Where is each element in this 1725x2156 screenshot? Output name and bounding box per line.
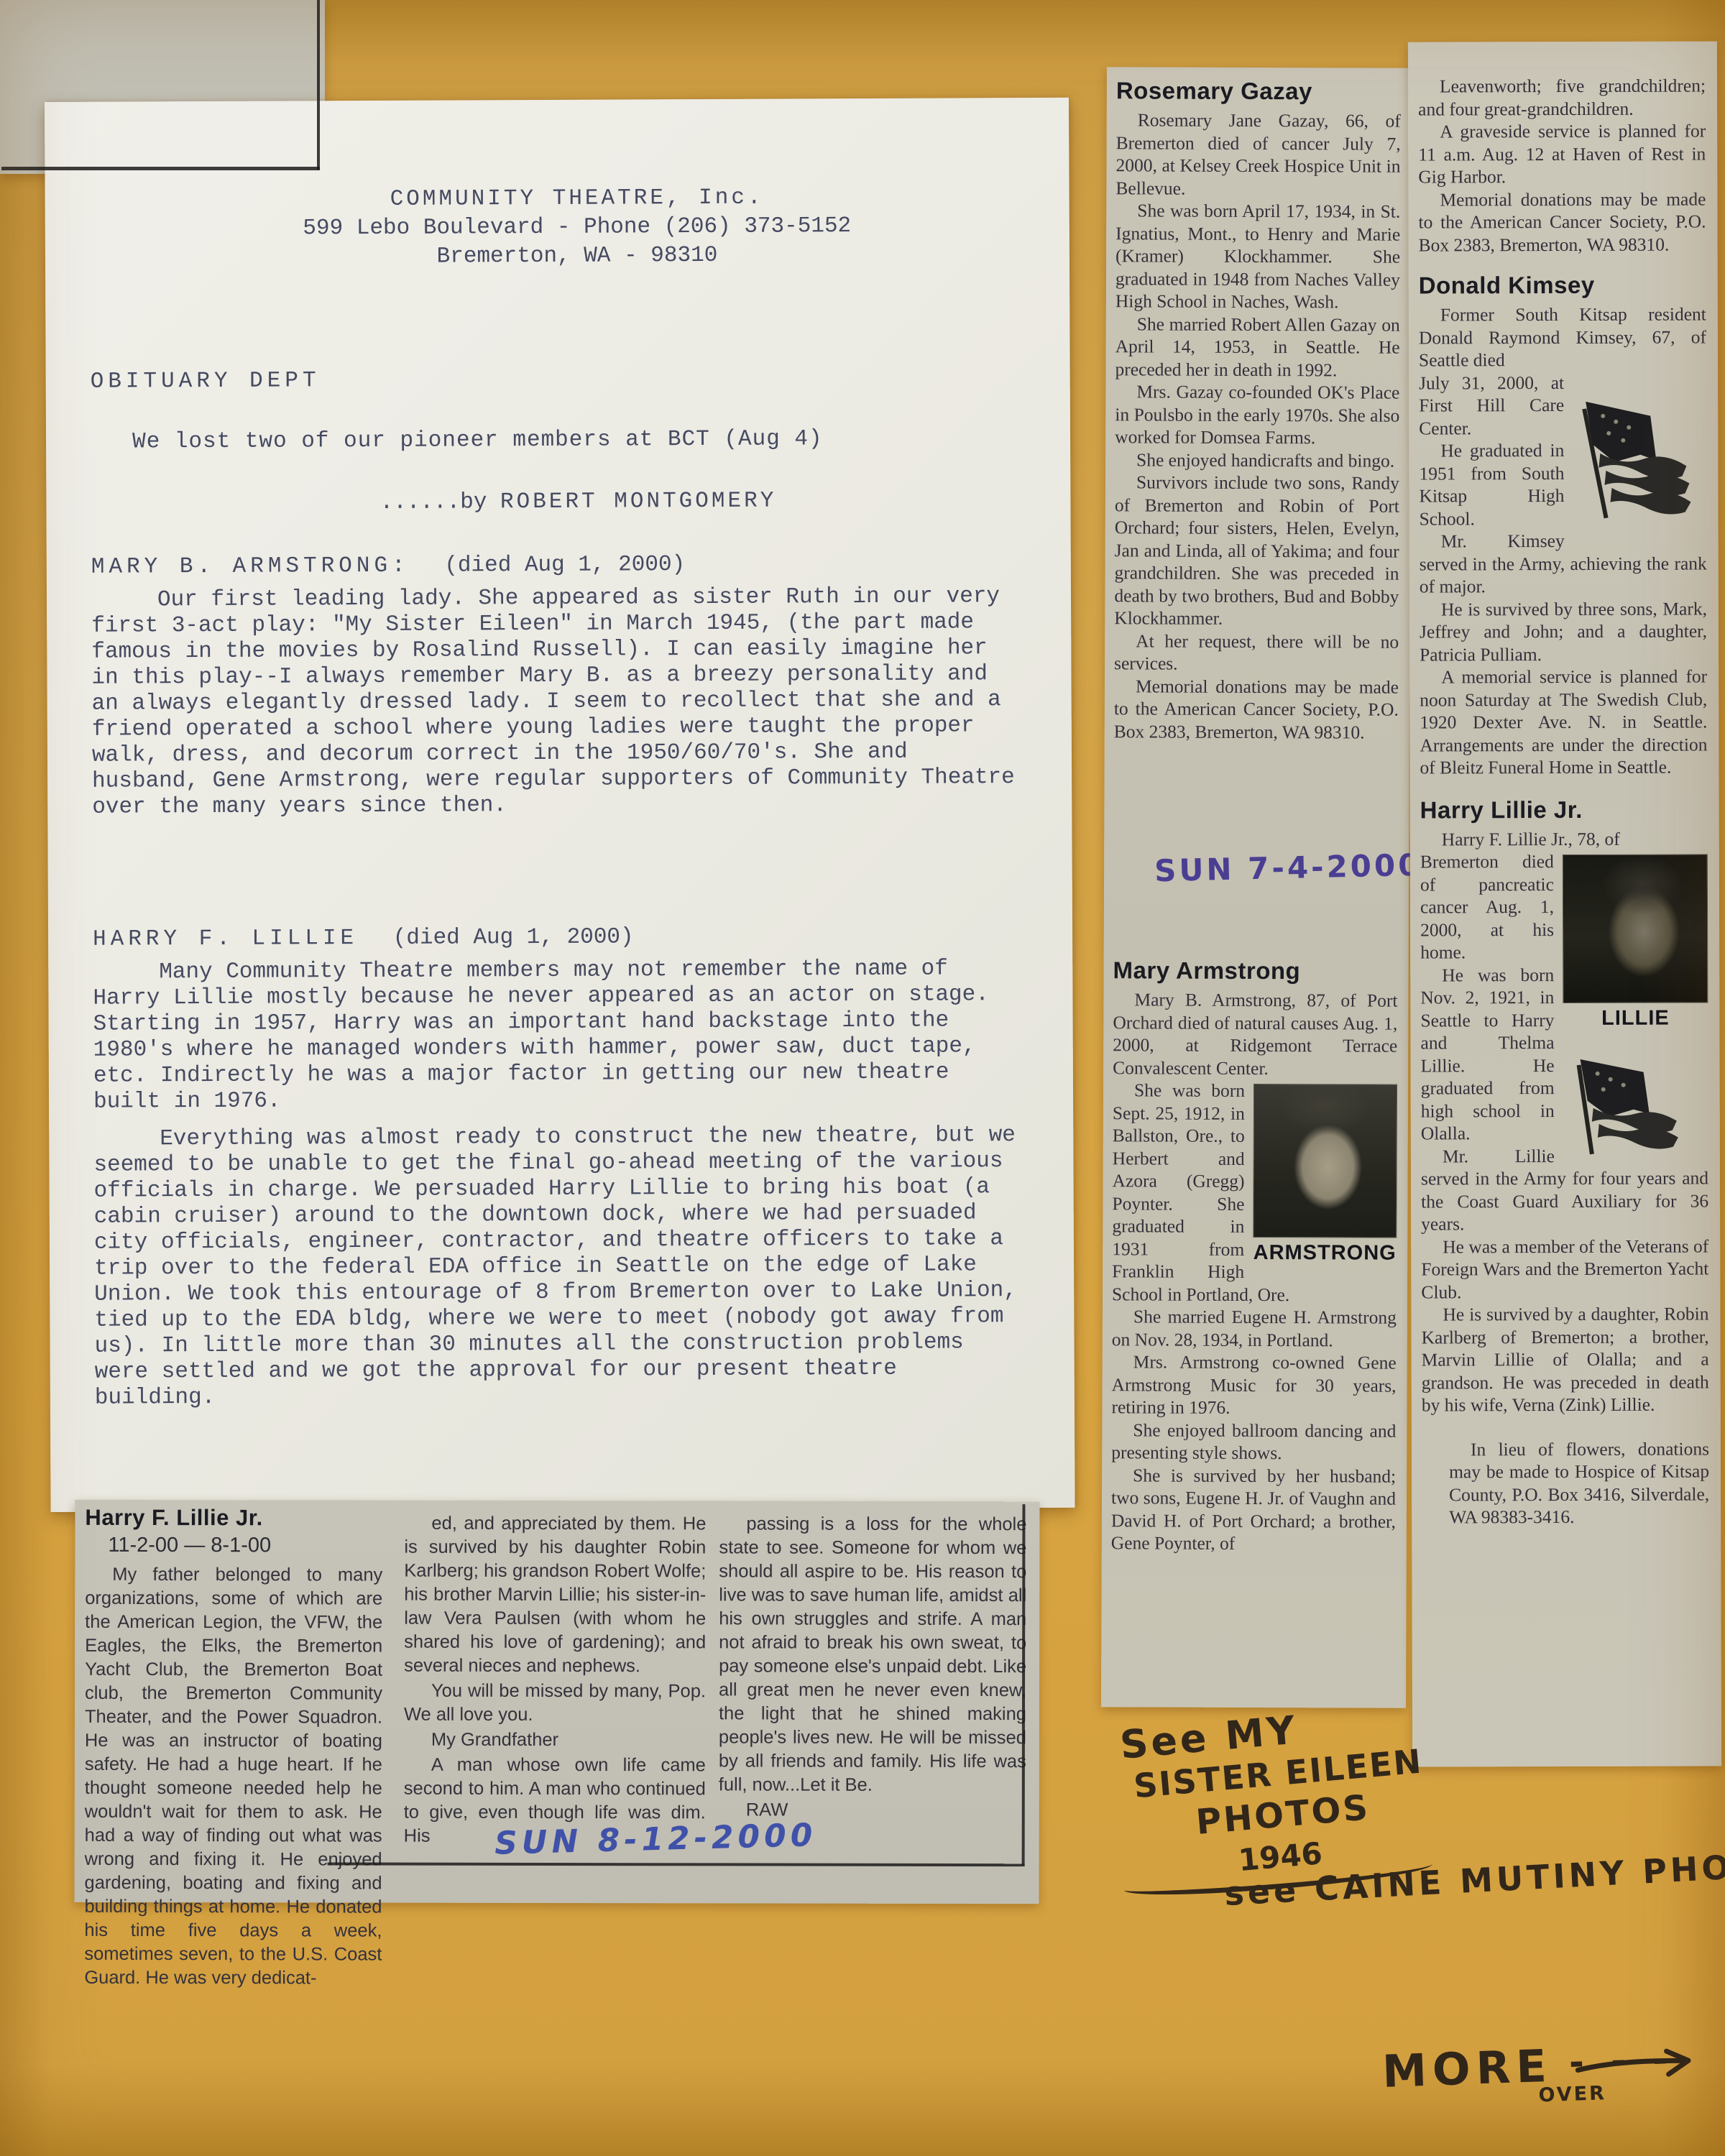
lillie-portrait-photo: [1563, 854, 1708, 1003]
armstrong-portrait-photo: [1253, 1084, 1397, 1238]
obit-paragraph: Mrs. Gazay co-founded OK's Place in Poul…: [1115, 380, 1399, 449]
lillie-photo-caption: LILLIE: [1563, 1007, 1708, 1030]
handwritten-note-more-over: MORE - - - OVER: [1381, 2035, 1675, 2098]
obit-paragraph: She married Robert Allen Gazay on April …: [1115, 313, 1399, 382]
section-date: (died Aug 1, 2000): [444, 552, 685, 578]
armstrong-headline: Mary Armstrong: [1113, 957, 1398, 985]
obit-paragraph: Memorial donations may be made to the Am…: [1418, 188, 1706, 257]
lillie-in-lieu-paragraph: In lieu of flowers, donations may be mad…: [1449, 1437, 1709, 1529]
obit-paragraph: Memorial donations may be made to the Am…: [1114, 675, 1399, 744]
section-paragraphs: Our first leading lady. She appeared as …: [91, 584, 1023, 821]
scrapbook-page: COMMUNITY THEATRE, Inc. 599 Lebo Bouleva…: [0, 0, 1725, 2156]
obit-paragraph: Rosemary Jane Gazay, 66, of Bremerton di…: [1115, 109, 1400, 200]
kimsey-paragraphs: Mr. Kimsey served in the Army, achieving…: [1420, 529, 1708, 779]
byline-name: ROBERT MONTGOMERY: [500, 489, 776, 515]
kimsey-flag-block: [1571, 374, 1707, 527]
more-over-label: OVER: [1538, 2082, 1606, 2106]
obit-paragraph: A memorial service is planned for noon S…: [1420, 665, 1707, 779]
tribute-paragraph: You will be missed by many, Pop. We all …: [404, 1680, 706, 1728]
obit-paragraph: He is survived by three sons, Mark, Jeff…: [1420, 597, 1707, 666]
obit-paragraph: She enjoyed handicrafts and bingo.: [1115, 448, 1399, 472]
obit-paragraph: Leavenworth; five grandchildren; and fou…: [1418, 74, 1706, 120]
letter-intro-line: We lost two of our pioneer members at BC…: [132, 426, 823, 455]
obit-paragraph: Survivors include two sons, Randy of Bre…: [1114, 471, 1399, 630]
obit-paragraph: He was a member of the Veterans of Forei…: [1421, 1235, 1708, 1304]
obit-paragraph: Mary B. Armstrong, 87, of Port Orchard d…: [1113, 988, 1397, 1079]
tribute-paragraph: My father belonged to many organizations…: [84, 1563, 382, 1991]
clip-rule-col1-bottom: [1, 167, 320, 170]
newspaper-clip-gazay-armstrong: Rosemary Gazay Rosemary Jane Gazay, 66, …: [1101, 67, 1412, 1708]
typed-letter: COMMUNITY THEATRE, Inc. 599 Lebo Bouleva…: [45, 98, 1075, 1512]
arrow-right-icon: [1574, 2044, 1705, 2084]
obit-paragraph: She married Eugene H. Armstrong on Nov. …: [1112, 1305, 1397, 1351]
obituary-gazay: Rosemary Gazay Rosemary Jane Gazay, 66, …: [1114, 77, 1401, 743]
letter-section-armstrong: MARY B. ARMSTRONG: (died Aug 1, 2000) Ou…: [91, 550, 1023, 821]
obit-paragraph: He is survived by a daughter, Robin Karl…: [1421, 1302, 1708, 1416]
armstrong-photo-caption: ARMSTRONG: [1253, 1242, 1397, 1265]
obit-paragraph: Harry F. Lillie Jr., 78, of: [1420, 827, 1708, 851]
tribute-column-1: My father belonged to many organizations…: [84, 1563, 382, 1991]
newspaper-clip-kimsey-lillie: Leavenworth; five grandchildren; and fou…: [1408, 41, 1721, 1766]
tribute-dates-line: 11-2-00 — 8-1-00: [108, 1534, 271, 1557]
letter-city: Bremerton, WA - 98310: [261, 241, 893, 272]
letter-address: 599 Lebo Boulevard - Phone (206) 373-515…: [261, 212, 893, 244]
more-label: MORE: [1381, 2040, 1553, 2098]
clip-rule-right: [1022, 1504, 1026, 1865]
armstrong-photo-block: ARMSTRONG: [1253, 1084, 1397, 1265]
byline-prefix: ......by: [380, 489, 487, 515]
tribute-column-2: ed, and appreciated by them. He is survi…: [404, 1512, 707, 1849]
letter-paragraph: Everything was almost ready to construct…: [93, 1123, 1026, 1411]
obit-paragraph: She is survived by her husband; two sons…: [1111, 1464, 1396, 1555]
obit-paragraph: Mrs. Armstrong co-owned Gene Armstrong M…: [1111, 1350, 1396, 1419]
obit-paragraph: She was born April 17, 1934, in St. Igna…: [1115, 199, 1401, 313]
letter-paragraph: Many Community Theatre members may not r…: [93, 956, 1024, 1115]
clip-rule-col1-right: [317, 0, 320, 170]
section-name: MARY B. ARMSTRONG:: [91, 553, 410, 580]
kimsey-headline: Donald Kimsey: [1419, 271, 1706, 299]
obit-paragraph: Former South Kitsap resident Donald Raym…: [1419, 303, 1706, 372]
section-heading: MARY B. ARMSTRONG: (died Aug 1, 2000): [91, 550, 1022, 581]
us-flag-icon: [1571, 374, 1707, 521]
letter-header: COMMUNITY THEATRE, Inc. 599 Lebo Bouleva…: [261, 183, 894, 272]
tribute-paragraph: My Grandfather: [404, 1728, 706, 1753]
tribute-paragraph: passing is a loss for the whole state to…: [719, 1512, 1027, 1797]
obit-paragraph: Mr. Kimsey served in the Army, achieving…: [1420, 529, 1707, 598]
gazay-headline: Rosemary Gazay: [1116, 77, 1401, 105]
clip-rule-bottom: [328, 1862, 1025, 1866]
tribute-column-3: passing is a loss for the whole state to…: [719, 1512, 1027, 1823]
section-paragraphs: Many Community Theatre members may not r…: [93, 956, 1026, 1411]
tribute-paragraph: ed, and appreciated by them. He is survi…: [404, 1512, 706, 1679]
kimsey-lead-paragraphs: Leavenworth; five grandchildren; and fou…: [1418, 74, 1706, 256]
obit-paragraph: A graveside service is planned for 11 a.…: [1418, 119, 1706, 188]
letter-section-lillie: HARRY F. LILLIE (died Aug 1, 2000) Many …: [93, 923, 1026, 1411]
us-flag-icon: [1563, 1049, 1707, 1157]
obit-paragraph: She enjoyed ballroom dancing and present…: [1111, 1419, 1396, 1465]
lillie-headline: Harry Lillie Jr.: [1420, 796, 1708, 824]
letter-org-name: COMMUNITY THEATRE, Inc.: [261, 183, 893, 215]
lillie-paragraphs: He was a member of the Veterans of Forei…: [1421, 1235, 1709, 1416]
obit-paragraph: At her request, there will be no service…: [1114, 630, 1399, 676]
obituary-armstrong: Mary Armstrong Mary B. Armstrong, 87, of…: [1111, 957, 1398, 1555]
clip-right-content: Leavenworth; five grandchildren; and fou…: [1418, 74, 1709, 1529]
letter-byline: ......by ROBERT MONTGOMERY: [262, 488, 894, 517]
tribute-headline: Harry F. Lillie Jr.: [85, 1504, 262, 1531]
armstrong-paragraphs: She married Eugene H. Armstrong on Nov. …: [1111, 1305, 1397, 1555]
letter-dept-line: OBITUARY DEPT: [91, 368, 321, 395]
lillie-photo-block: LILLIE: [1563, 854, 1708, 1162]
letter-paragraph: Our first leading lady. She appeared as …: [91, 584, 1023, 821]
section-date: (died Aug 1, 2000): [393, 924, 634, 950]
gazay-paragraphs: Rosemary Jane Gazay, 66, of Bremerton di…: [1114, 109, 1401, 743]
handwritten-date-sun-7-4-2000: SUN 7-4-2000: [1154, 854, 1414, 883]
section-name: HARRY F. LILLIE: [93, 926, 358, 952]
section-heading: HARRY F. LILLIE (died Aug 1, 2000): [93, 923, 1023, 953]
